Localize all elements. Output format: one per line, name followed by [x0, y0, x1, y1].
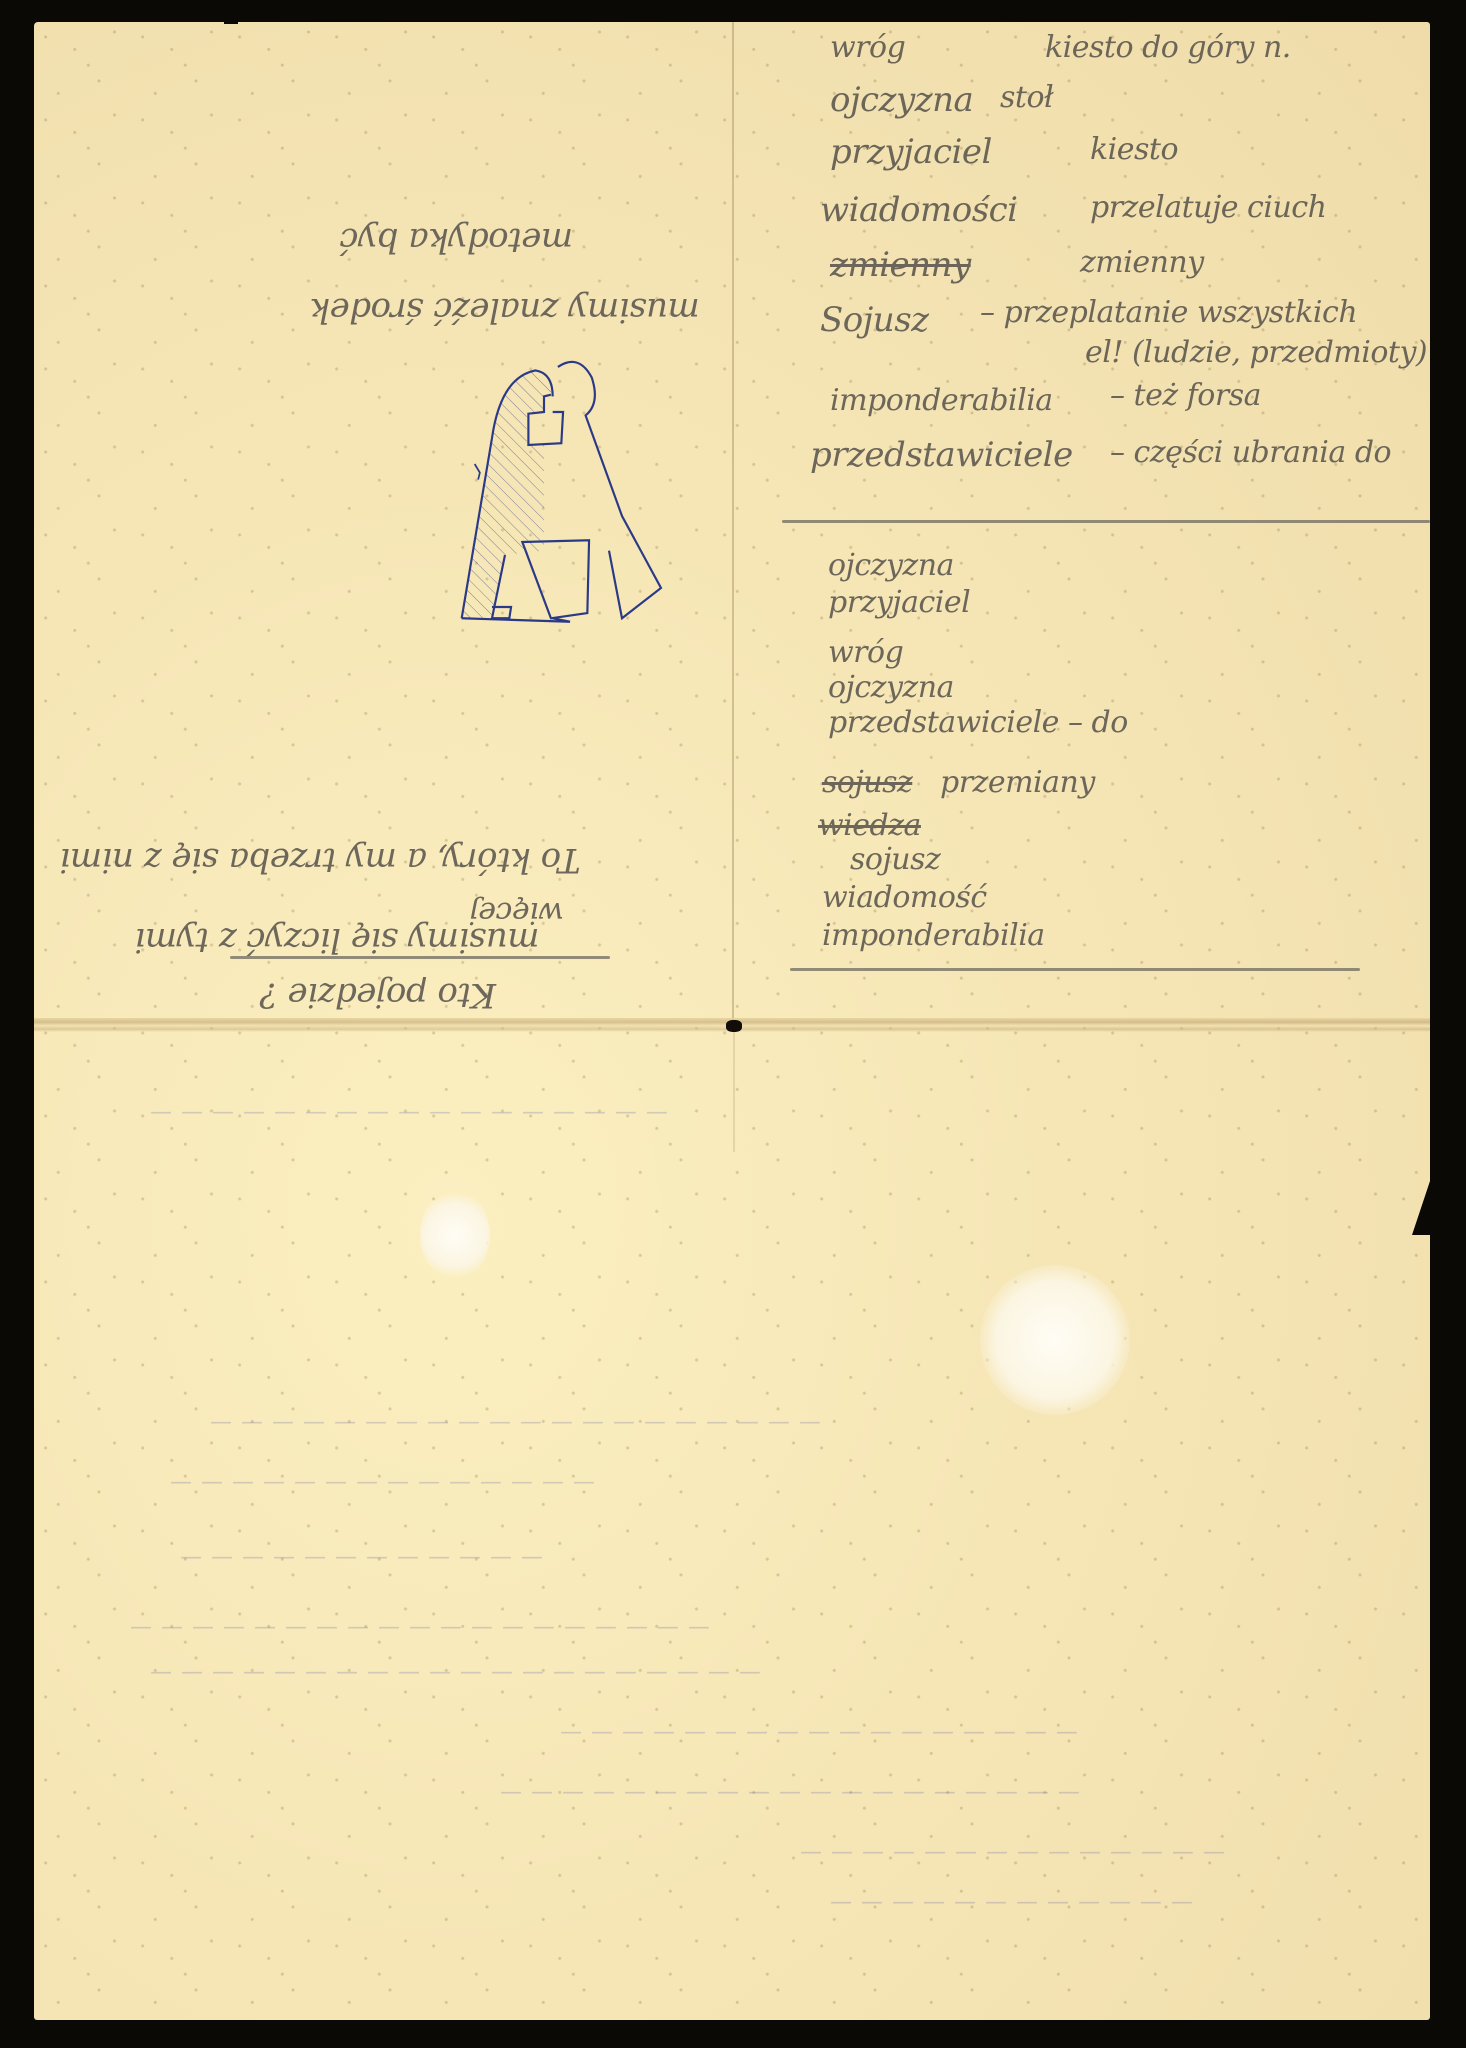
term: przedstawiciele	[810, 435, 1073, 475]
paper-edge-nick	[224, 2, 238, 24]
vertical-fold-line	[732, 22, 734, 1032]
term-note: – przeplatanie wszystkich	[980, 295, 1357, 330]
list-item: sojusz	[850, 842, 940, 877]
term-note: – też forsa	[1110, 378, 1261, 413]
term-note: kiesto do góry n.	[1045, 30, 1291, 65]
bleed-through-line: — — — — — — — — — — — — — —	[170, 1470, 596, 1495]
hooded-figures-sketch-icon	[440, 330, 700, 650]
paper-tear	[1412, 1175, 1432, 1235]
term: wróg	[830, 30, 905, 65]
abrasion-spot	[980, 1265, 1130, 1415]
term-note: przelatuje ciuch	[1090, 190, 1326, 225]
bleed-through-line: — — — — — — — — — — — — — — — — — — —	[130, 1615, 711, 1640]
term-note: – części ubrania do	[1110, 435, 1391, 470]
list-item: ojczyzna	[828, 670, 954, 705]
term: wiadomości	[820, 190, 1018, 230]
bleed-through-line: — — — — — — — — — — — —	[180, 1545, 544, 1570]
bleed-through-line: — — — — — — — — — — — —	[830, 1890, 1194, 1915]
list-item: imponderabilia	[822, 918, 1045, 953]
upside-down-line: Kto pojedzie ?	[260, 975, 496, 1015]
bleed-through-line: — — — — — — — — — — — — — — — — —	[150, 1100, 669, 1125]
list-item: ojczyzna	[828, 548, 954, 583]
term: przyjaciel	[830, 132, 992, 172]
term-note: kiesto	[1090, 132, 1178, 167]
upside-down-line: To który, a my trzeba się z nimi	[60, 840, 581, 880]
term: ojczyzna	[830, 80, 973, 120]
divider-rule-bottom	[790, 968, 1360, 971]
term: Sojusz	[820, 300, 929, 340]
fold-ink-blot	[726, 1020, 742, 1032]
list-item: wiadomość	[822, 880, 987, 915]
term: imponderabilia	[830, 383, 1053, 418]
list-item-struck: sojusz	[822, 765, 912, 800]
term-note: zmienny	[1080, 245, 1204, 280]
term-struck: zmienny	[830, 245, 971, 285]
term-note-continued: el! (ludzie, przedmioty)	[1085, 335, 1427, 370]
bleed-through-line: — — — — — — — — — — — — — — — — — — — —	[150, 1660, 762, 1685]
list-item-suffix: przemiany	[940, 765, 1095, 800]
abrasion-spot	[420, 1190, 490, 1280]
upside-down-line: musimy się liczyć z tymi	[135, 920, 539, 960]
list-item: przedstawiciele – do	[828, 705, 1128, 740]
bleed-through-line: — — — — — — — — — — — — — —	[800, 1840, 1226, 1865]
list-item-struck: wiedza	[818, 808, 921, 843]
divider-rule-top	[782, 520, 1430, 523]
term-note: stoł	[1000, 80, 1053, 115]
bleed-through-line: — — — — — — — — — — — — — — — — —	[560, 1720, 1079, 1745]
bleed-through-line: — — — — — — — — — — — — — — — — — — — —	[210, 1410, 822, 1435]
list-item: przyjaciel	[828, 585, 970, 620]
upside-down-line: metodyka być	[340, 220, 573, 260]
underline-rule	[230, 956, 610, 959]
upside-down-line: musimy znaleźć środek	[310, 290, 700, 330]
list-item: wróg	[828, 635, 903, 670]
bleed-through-line: — — — — — — — — — — — — — — — — — — —	[500, 1780, 1081, 1805]
vertical-fold-line-lower	[733, 1032, 735, 1152]
